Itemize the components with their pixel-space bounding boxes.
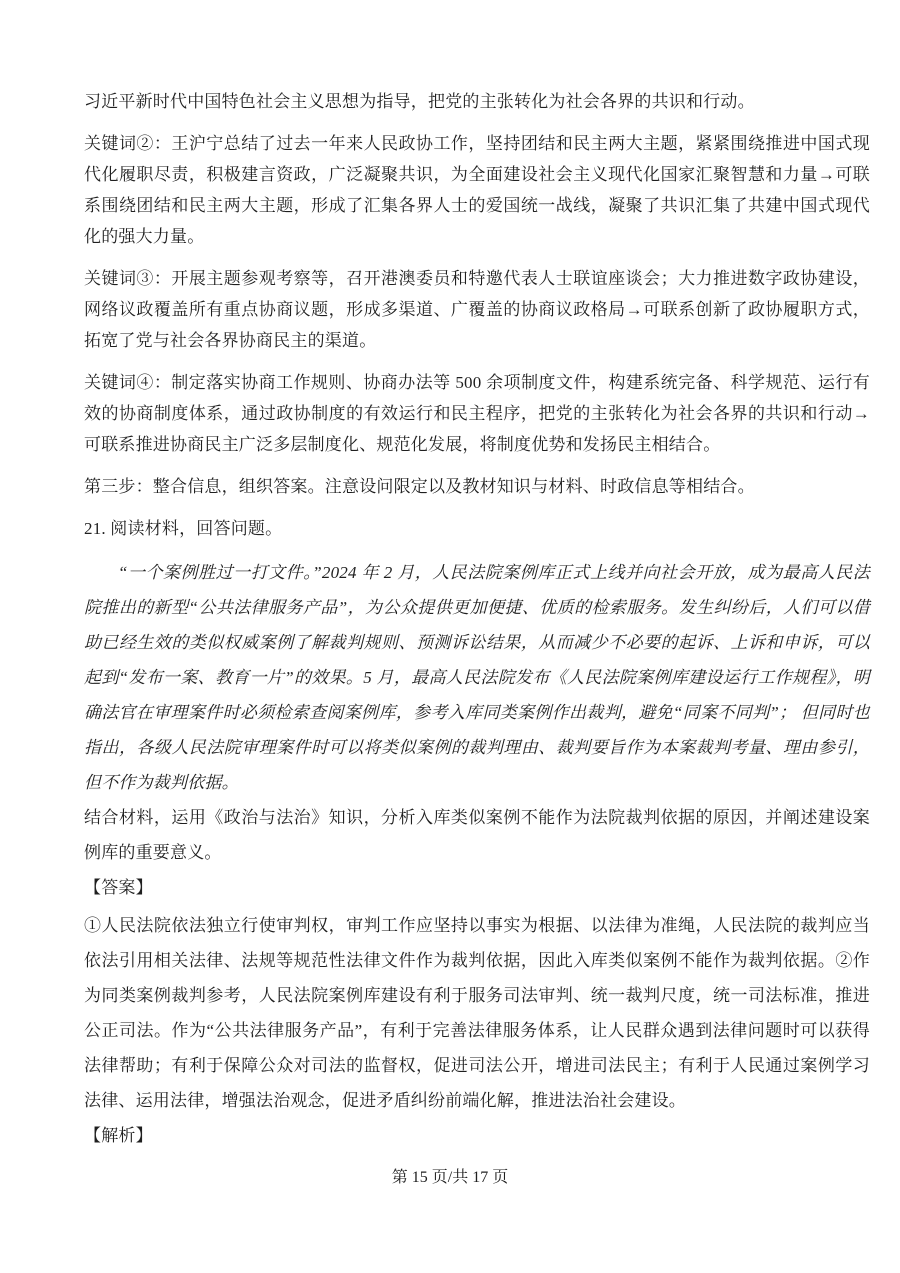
question-21-heading: 21. 阅读材料，回答问题。 (84, 513, 870, 544)
question-21-material: “一个案例胜过一打文件。”2024 年 2 月，人民法院案例库正式上线并向社会开… (84, 555, 870, 800)
document-page: 习近平新时代中国特色社会主义思想为指导，把党的主张转化为社会各界的共识和行动。 … (0, 0, 900, 1273)
page-content: 习近平新时代中国特色社会主义思想为指导，把党的主张转化为社会各界的共识和行动。 … (0, 0, 900, 1153)
page-number: 第 15 页/共 17 页 (392, 1169, 508, 1186)
paragraph-keyword-2: 关键词②：王沪宁总结了过去一年来人民政协工作，坚持团结和民主两大主题，紧紧围绕推… (84, 128, 870, 252)
paragraph-keyword-4: 关键词④：制定落实协商工作规则、协商办法等 500 余项制度文件，构建系统完备、… (84, 367, 870, 460)
analysis-label: 【解析】 (84, 1118, 870, 1153)
paragraph-step-3: 第三步：整合信息，组织答案。注意设问限定以及教材知识与材料、时政信息等相结合。 (84, 471, 870, 502)
question-21-task: 结合材料，运用《政治与法治》知识，分析入库类似案例不能作为法院裁判依据的原因，并… (84, 800, 870, 870)
page-footer: 第 15 页/共 17 页 (0, 1160, 900, 1195)
answer-label: 【答案】 (84, 870, 870, 905)
answer-text: ①人民法院依法独立行使审判权，审判工作应坚持以事实为根据、以法律为准绳，人民法院… (84, 908, 870, 1118)
paragraph-keyword-3: 关键词③：开展主题参观考察等，召开港澳委员和特邀代表人士联谊座谈会；大力推进数字… (84, 263, 870, 356)
paragraph-intro-continuation: 习近平新时代中国特色社会主义思想为指导，把党的主张转化为社会各界的共识和行动。 (84, 86, 870, 117)
